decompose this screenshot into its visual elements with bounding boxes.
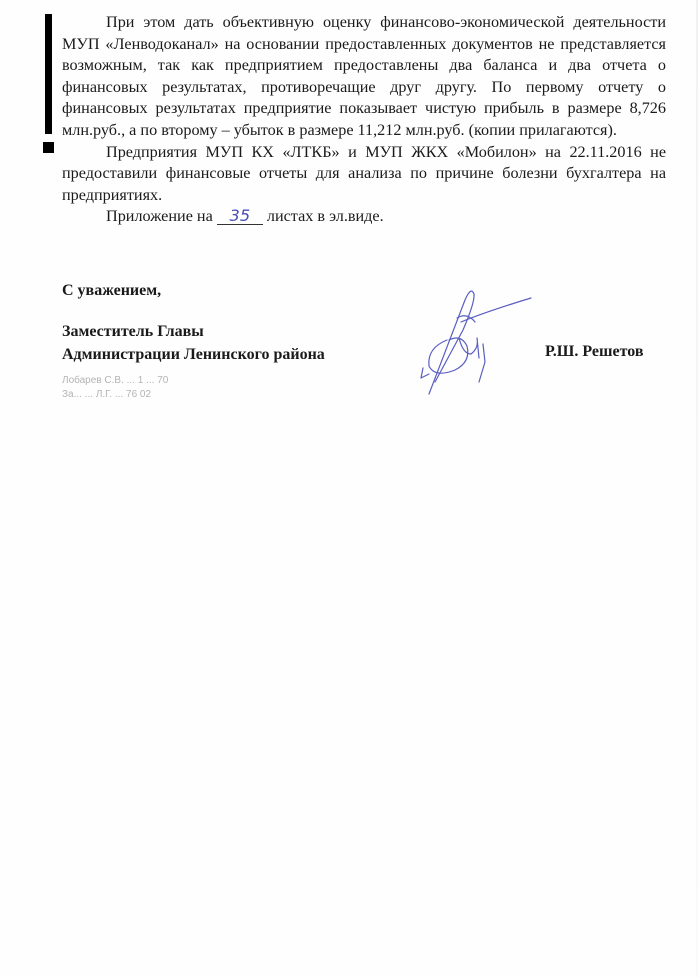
position-line-1: Заместитель Главы: [62, 320, 325, 343]
document-page: При этом дать объективную оценку финансо…: [0, 0, 700, 977]
closing-regards: С уважением,: [62, 282, 161, 300]
redaction-bar: [45, 14, 52, 134]
redaction-mark: [43, 142, 54, 153]
paragraph-missing-reports: Предприятия МУП КХ «ЛТКБ» и МУП ЖКХ «Моб…: [62, 142, 666, 207]
attachment-line: Приложение на 35 листах в эл.виде.: [62, 206, 666, 228]
executor-line-2: За... ... Л.Г. ... 76 02: [62, 388, 168, 402]
signer-name: Р.Ш. Решетов: [545, 343, 644, 361]
executor-contacts: Лобарев С.В. ... 1 ... 70 За... ... Л.Г.…: [62, 374, 168, 402]
signer-position: Заместитель Главы Администрации Ленинско…: [62, 320, 325, 366]
handwritten-page-count: 35: [217, 208, 263, 225]
attachment-prefix: Приложение на: [106, 207, 213, 225]
handwritten-signature-icon: [405, 282, 535, 397]
letter-body: При этом дать объективную оценку финансо…: [62, 12, 666, 228]
executor-line-1: Лобарев С.В. ... 1 ... 70: [62, 374, 168, 388]
position-line-2: Администрации Ленинского района: [62, 343, 325, 366]
paragraph-financial-assessment: При этом дать объективную оценку финансо…: [62, 12, 666, 142]
page-edge: [696, 0, 698, 977]
attachment-suffix: листах в эл.виде.: [267, 207, 384, 225]
